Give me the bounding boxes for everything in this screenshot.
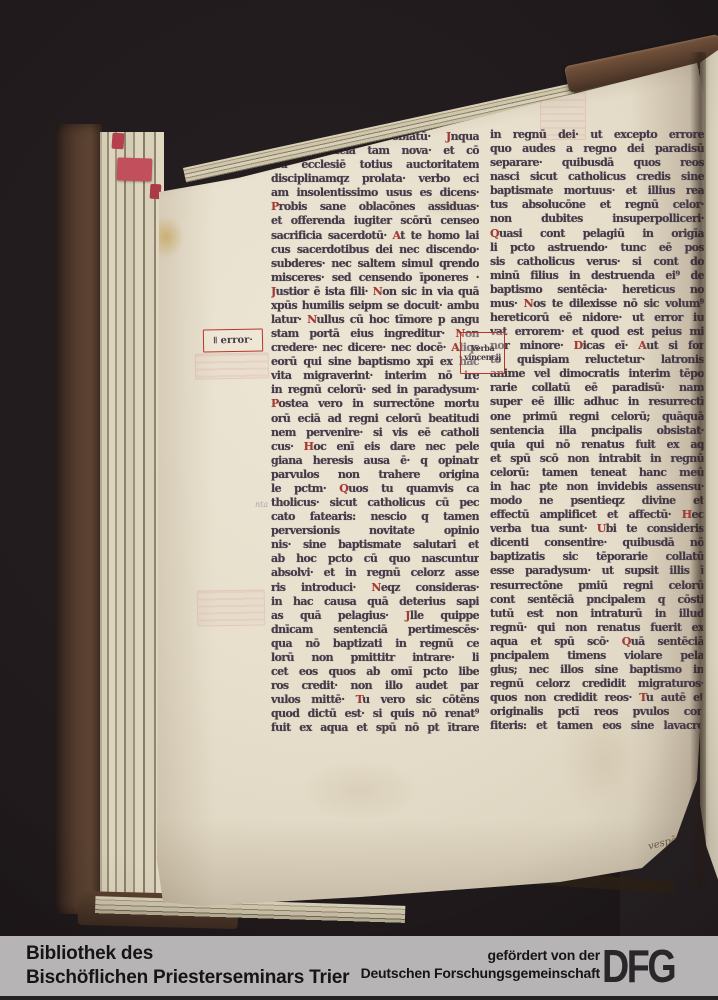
funding-credit: gefördert von der Deutschen Forschungsge… (361, 946, 600, 982)
text-column-right: in regnū dei· ut excepto errorequo audes… (490, 128, 704, 738)
margin-note-error-label: error· (220, 335, 253, 347)
manuscript-photo: exierint ostendis oblatū· Jnquatua sente… (0, 0, 718, 936)
bookmark-tab (117, 157, 153, 181)
margin-note-verba-vincencij: Verba vincencij (460, 332, 505, 374)
funding-credit-line2: Deutschen Forschungsgemeinschaft (361, 964, 600, 982)
gutter-shadow (690, 52, 706, 888)
page-shading (155, 170, 215, 910)
margin-nota-mark: nta (255, 500, 268, 509)
margin-note-verba-line2: vincencij (464, 353, 501, 362)
library-name-line1: Bibliothek des (26, 942, 349, 966)
dfg-logo: DFG (602, 936, 697, 996)
scan-viewport: exierint ostendis oblatū· Jnquatua sente… (0, 0, 718, 1000)
footer-banner: Bibliothek des Bischöflichen Priestersem… (0, 936, 718, 996)
bleed-through-rubric (197, 589, 266, 626)
library-name-line2: Bischöflichen Priesterseminars Trier (26, 966, 349, 990)
funding-credit-line1: gefördert von der (361, 946, 600, 964)
library-name: Bibliothek des Bischöflichen Priestersem… (26, 942, 349, 990)
book-cover-left-edge (56, 124, 102, 914)
bleed-through-rubric (195, 352, 269, 379)
margin-note-error-mark: ǁ (213, 336, 218, 346)
bookmark-tab (111, 133, 124, 150)
parchment-stain (300, 760, 420, 820)
text-column-left: exierint ostendis oblatū· Jnquatua sente… (271, 130, 479, 738)
margin-note-error: ǁ error· (203, 328, 263, 352)
page-stack-fore-edge (100, 132, 164, 910)
bottom-edge-strip (0, 996, 718, 1000)
